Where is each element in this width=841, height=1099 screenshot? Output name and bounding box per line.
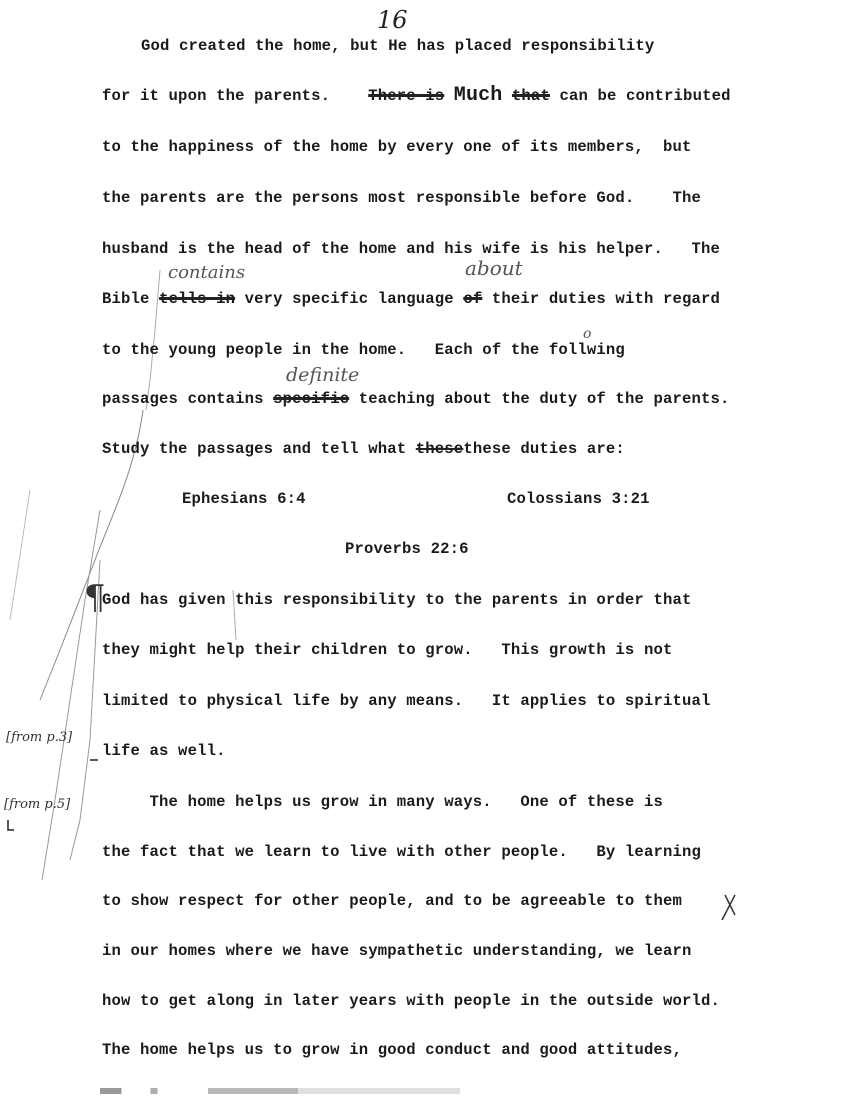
- text-segment: these duties are:: [463, 440, 625, 458]
- text-line-13: life as well.: [102, 742, 226, 760]
- scripture-ref-ephesians: Ephesians 6:4: [182, 490, 306, 508]
- text-line-15: the fact that we learn to live with othe…: [102, 843, 701, 861]
- text-line-7: to the young people in the home. Each of…: [102, 341, 625, 359]
- text-line-12: limited to physical life by any means. I…: [102, 692, 711, 710]
- handwritten-contains: contains: [168, 262, 245, 283]
- text-line-1: God created the home, but He has placed …: [141, 37, 654, 55]
- text-line-11: they might help their children to grow. …: [102, 641, 672, 659]
- text-line-18: how to get along in later years with peo…: [102, 992, 720, 1010]
- text-line-9: Study the passages and tell what theseth…: [102, 440, 625, 458]
- struck-text: specific: [273, 390, 349, 408]
- text-segment: Study the passages and tell what: [102, 440, 406, 458]
- text-line-5: husband is the head of the home and his …: [102, 240, 720, 258]
- struck-text: that: [512, 87, 550, 105]
- text-segment: teaching about the duty of the parents.: [349, 390, 729, 408]
- text-segment: passages contains: [102, 390, 264, 408]
- text-line-14: The home helps us grow in many ways. One…: [102, 793, 663, 811]
- text-segment: for it upon the parents.: [102, 87, 330, 105]
- struck-text: of: [463, 290, 482, 308]
- margin-note-from-p3: [from p.3]: [6, 730, 72, 745]
- scripture-ref-proverbs: Proverbs 22:6: [345, 540, 469, 558]
- text-line-10: God has given this responsibility to the…: [102, 591, 691, 609]
- handwritten-o-insert: o: [583, 326, 591, 342]
- text-line-17: in our homes where we have sympathetic u…: [102, 942, 691, 960]
- text-segment: can be contributed: [550, 87, 731, 105]
- typewritten-page: 16 God created the home, but He has plac…: [0, 0, 841, 1099]
- scripture-ref-colossians: Colossians 3:21: [507, 490, 650, 508]
- text-line-3: to the happiness of the home by every on…: [102, 138, 691, 156]
- struck-text: these: [416, 440, 464, 458]
- capital-m-overstrike: Much: [454, 84, 503, 107]
- cut-off-text-line: [100, 1088, 460, 1094]
- handwritten-about: about: [465, 256, 523, 280]
- struck-text: There is: [368, 87, 444, 105]
- text-line-6: Bible tells in very specific language of…: [102, 290, 720, 308]
- text-segment: Bible: [102, 290, 150, 308]
- text-line-2: for it upon the parents. There is Much t…: [102, 87, 731, 105]
- text-line-8: passages contains specific teaching abou…: [102, 390, 730, 408]
- text-segment: very specific language: [235, 290, 463, 308]
- page-number: 16: [377, 6, 408, 34]
- struck-text: tells in: [159, 290, 235, 308]
- text-line-4: the parents are the persons most respons…: [102, 189, 701, 207]
- text-line-16: to show respect for other people, and to…: [102, 892, 682, 910]
- margin-note-from-p5: [from p.5]: [4, 797, 70, 812]
- text-segment: their duties with regard: [482, 290, 720, 308]
- handwritten-definite: definite: [286, 364, 359, 386]
- text-line-19: The home helps us to grow in good conduc…: [102, 1041, 682, 1059]
